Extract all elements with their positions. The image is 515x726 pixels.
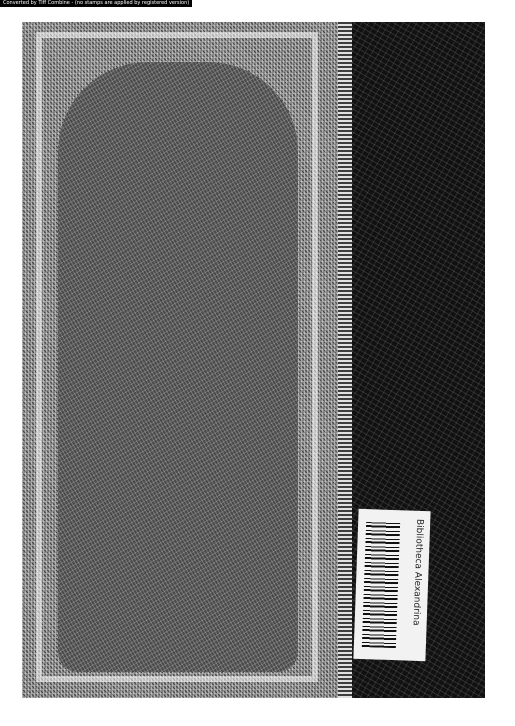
arched-center-panel [58, 62, 298, 672]
label-text: Bibliotheca Alexandrina [400, 518, 425, 653]
front-cover [22, 22, 338, 698]
scanned-book-cover: Bibliotheca Alexandrina [22, 22, 485, 698]
converter-banner: Converted by Tiff Combine - (no stamps a… [0, 0, 192, 7]
library-barcode-label: Bibliotheca Alexandrina [353, 509, 430, 661]
barcode-icon [362, 521, 400, 648]
spine-edge [338, 22, 352, 698]
